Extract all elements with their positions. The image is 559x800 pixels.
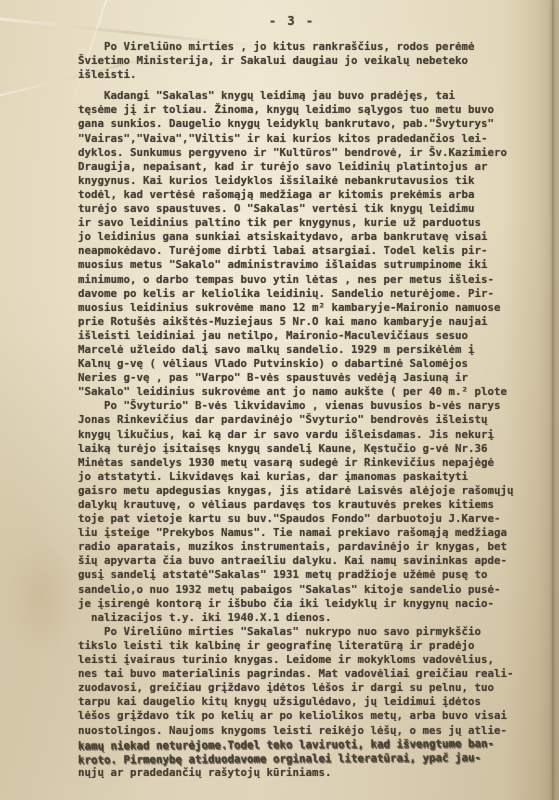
typewritten-line: muosius metus "Sakalo" administravimo iš…: [78, 258, 548, 272]
typewritten-line: sandelio,o nuo 1932 metų pabaigos "Sakal…: [78, 583, 548, 597]
typewritten-line: todėl, kad vertėsė rašomąją medžiaga ar …: [78, 188, 548, 202]
typewritten-line: radio aparatais, muzikos instrumentais, …: [78, 540, 548, 554]
typewritten-line: leisti įvairaus turinio knygas. Leidome …: [78, 653, 548, 667]
typewritten-line: tikslo leisti tik kalbinę ir geografinę …: [78, 639, 548, 653]
typewritten-line: jo atstatyti. Likvidavęs kai kurias, dar…: [78, 470, 548, 484]
typewritten-line: Švietimo Ministerija, ir Sakalui daugiau…: [78, 54, 548, 68]
page-number: - 3 -: [78, 14, 506, 28]
typewritten-line: minimumo, o darbo tempas buvo ytin lėtas…: [78, 273, 548, 287]
typewritten-line: knygų likučius, kai ką dar ir savo vardu…: [78, 428, 548, 442]
typewritten-line: "Sakalo" leidinius sukrovėme ant jo namo…: [78, 385, 548, 399]
typewritten-line: dyklos. Sunkumus pergyveno ir "Kultūros"…: [78, 146, 548, 160]
typewritten-line: neapmokėdavo. Turėjome dirbti labai atsa…: [78, 244, 548, 258]
typewritten-line: tęsėme jį ir toliau. Žinoma, knygų leidi…: [78, 103, 548, 117]
typewritten-line: gaisro metu apdegusias knygas, jis atida…: [78, 484, 548, 498]
typewritten-line: Jonas Rinkevičius dar pardavinėjo "Švytu…: [78, 413, 548, 427]
typewritten-line: šių apyvarta čia buvo antraeiliu dalyku.…: [78, 554, 548, 568]
paper-stain: [6, 540, 76, 660]
typewritten-line: kroto. Pirmenybę atiduodavome orginalei …: [78, 750, 548, 767]
typewritten-line: Po Vireliūno mirties , jo kitus rankrašč…: [78, 40, 548, 54]
typewritten-line: zuodavosi, greičiau grįždavo įdėtos lėšo…: [78, 681, 548, 695]
typewritten-line: Draugija, nepaisant, kad ir turėjo savo …: [78, 160, 548, 174]
typewritten-line: išleisti leidiniai jau netilpo, Maironio…: [78, 329, 548, 343]
typewritten-line: liu įsteige "Prekybos Namus". Tie namai …: [78, 526, 548, 540]
typewritten-line: gana sunkios. Daugelio knygų leidyklų ba…: [78, 117, 548, 131]
paragraph: Po Vireliūno mirties "Sakalas" nukrypo n…: [78, 625, 548, 780]
paragraph: Po Vireliūno mirties , jo kitus rankrašč…: [78, 40, 548, 82]
typewritten-line: davome po kelis ar keliolika leidinių. S…: [78, 287, 548, 301]
typewritten-line: prie Rotušės aikštės-Muziejaus 5 Nr.O ka…: [78, 315, 548, 329]
typewritten-line: Kadangi "Sakalas" knygų leidimą jau buvo…: [78, 89, 548, 103]
typewritten-line: lėšos grįždavo tik po kelių ar po keliol…: [78, 709, 548, 723]
typewritten-line: tarpu kai daugelio kitų knygų užsigulėda…: [78, 695, 548, 709]
typewritten-line: turėjo savo spaustuves. O "Sakalas" vert…: [78, 202, 548, 216]
typewritten-line: "Vairas","Vaiva","Viltis" ir kai kurios …: [78, 132, 548, 146]
typewritten-line: jo leidinius gana sunkiai atsiskaitydavo…: [78, 230, 548, 244]
typewritten-line: toje pat vietoje kartu su buv."Spaudos F…: [78, 512, 548, 526]
typewritten-line: knygynus. Kai kurios leidyklos išsilaikė…: [78, 174, 548, 188]
document-page: - 3 - Po Vireliūno mirties , jo kitus ra…: [0, 0, 559, 800]
typewritten-line: Po "Švyturio" B-vės likvidavimo , vienas…: [78, 399, 548, 413]
typewritten-line: gusį sandelį atstatė"Sakalas" 1931 metų …: [78, 568, 548, 582]
paragraph: Kadangi "Sakalas" knygų leidimą jau buvo…: [78, 89, 548, 399]
typewritten-line: nes tai buvo materialinis pagrindas. Mat…: [78, 667, 548, 681]
typewritten-line: Neries g-vę , pas "Varpo" B-vės spaustuv…: [78, 371, 548, 385]
torn-page-edge: [552, 0, 554, 800]
typewritten-line: išleisti.: [78, 68, 548, 82]
typewritten-line: dalykų krautuvę, o vėliaus pardavęs tos …: [78, 498, 548, 512]
typewritten-line: Kalnų g-vę ( vėliaus Vlado Putvinskio) o…: [78, 357, 548, 371]
typewritten-line: Marcelė užleido dalį savo malkų sandelio…: [78, 343, 548, 357]
typewritten-line: Minėtas sandelys 1930 metų vasarą sudegė…: [78, 456, 548, 470]
typewritten-text-block: Po Vireliūno mirties , jo kitus rankrašč…: [78, 40, 548, 780]
typewritten-line: ir savo leidinius paltino tik per knygyn…: [78, 216, 548, 230]
typewritten-line: muosius leidinius sukrovėme mano 12 m² k…: [78, 301, 548, 315]
typewritten-line: nalizacijos t.y. iki 1940.X.1 dienos.: [78, 611, 548, 625]
typewritten-line: nuostolingos. Naujoms knygoms leisti rei…: [78, 724, 548, 738]
typewritten-line: nųjų ar pradedančių rašytojų kūriniams.: [78, 766, 548, 780]
paragraph: Po "Švyturio" B-vės likvidavimo , vienas…: [78, 399, 548, 625]
typewritten-line: je įsirengė kontorą ir išbubo čia iki le…: [78, 597, 548, 611]
typewritten-line: laiką turėjo įsitaisęs knygų sandelį Kau…: [78, 442, 548, 456]
typewritten-line: Po Vireliūno mirties "Sakalas" nukrypo n…: [78, 625, 548, 639]
